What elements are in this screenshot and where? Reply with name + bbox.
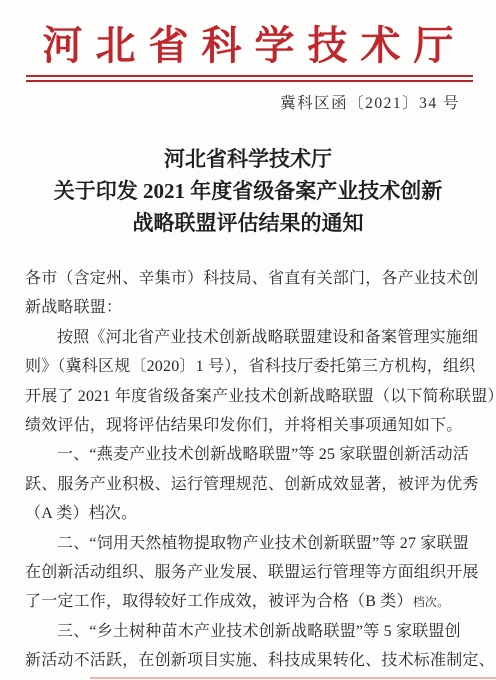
body-line: 绩效评估，现将评估结果印发你们，并将相关事项通知如下。 xyxy=(25,411,473,440)
body-line-text: 各市（含定州、辛集市）科技局、省直有关部门，各产业技术创 xyxy=(25,270,479,287)
notice-body: 各市（含定州、辛集市）科技局、省直有关部门，各产业技术创 新战略联盟： 按照《河… xyxy=(25,264,473,675)
body-line: 则》（冀科区规〔2020〕1 号），省科技厅委托第三方机构，组织 xyxy=(25,352,473,381)
body-line: 开展了 2021 年度省级备案产业技术创新战略联盟（以下简称联盟） xyxy=(25,382,473,411)
body-line: 跃、服务产业积极、运行管理规范、创新成效显著，被评为优秀 xyxy=(25,470,473,499)
body-line: 二、“饲用天然植物提取物产业技术创新联盟”等 27 家联盟 xyxy=(25,529,473,558)
body-line: 新战略联盟： xyxy=(25,293,473,322)
notice-title-line-1: 河北省科学技术厅 xyxy=(0,143,496,175)
body-line-small-text: 档次。 xyxy=(413,595,450,609)
notice-title-line-3: 战略联盟评估结果的通知 xyxy=(0,207,496,239)
body-line-text: 新战略联盟： xyxy=(25,299,122,316)
document-page: 河北省科学技术厅 冀科区函〔2021〕34 号 河北省科学技术厅 关于印发 20… xyxy=(0,0,496,680)
body-line: 在创新活动组织、服务产业发展、联盟运行管理等方面组织开展 xyxy=(25,558,473,587)
notice-title-line-2: 关于印发 2021 年度省级备案产业技术创新 xyxy=(0,175,496,207)
letterhead-agency-name: 河北省科学技术厅 xyxy=(0,14,496,71)
body-line-text: （A 类）档次。 xyxy=(25,505,137,522)
body-line-text: 跃、服务产业积极、运行管理规范、创新成效显著，被评为优秀 xyxy=(25,476,479,493)
body-line-text: 则》（冀科区规〔2020〕1 号），省科技厅委托第三方机构，组织 xyxy=(25,358,475,375)
body-line: 了一定工作，取得较好工作成效，被评为合格（B 类）档次。 xyxy=(25,587,473,616)
body-line: 按照《河北省产业技术创新战略联盟建设和备案管理实施细 xyxy=(25,323,473,352)
body-line-text: 按照《河北省产业技术创新战略联盟建设和备案管理实施细 xyxy=(57,329,478,346)
body-line-text: 一、“燕麦产业技术创新战略联盟”等 25 家联盟创新活动活 xyxy=(57,446,469,463)
body-line-text: 三、“乡土树种苗木产业技术创新战略联盟”等 5 家联盟创 xyxy=(57,623,461,640)
body-line-text: 绩效评估，现将评估结果印发你们，并将相关事项通知如下。 xyxy=(25,417,462,434)
body-line: 三、“乡土树种苗木产业技术创新战略联盟”等 5 家联盟创 xyxy=(25,617,473,646)
body-line: 新活动不活跃，在创新项目实施、科技成果转化、技术标准制定、 xyxy=(25,646,473,675)
body-line-text: 了一定工作，取得较好工作成效，被评为合格（B 类） xyxy=(25,593,413,610)
body-line-text: 新活动不活跃，在创新项目实施、科技成果转化、技术标准制定、 xyxy=(25,652,495,669)
body-line: 一、“燕麦产业技术创新战略联盟”等 25 家联盟创新活动活 xyxy=(25,440,473,469)
document-reference-number: 冀科区函〔2021〕34 号 xyxy=(280,91,460,113)
notice-title: 河北省科学技术厅 关于印发 2021 年度省级备案产业技术创新 战略联盟评估结果… xyxy=(0,143,496,239)
body-line: （A 类）档次。 xyxy=(25,499,473,528)
body-line-text: 二、“饲用天然植物提取物产业技术创新联盟”等 27 家联盟 xyxy=(57,535,469,552)
letterhead-separator-rule xyxy=(26,75,473,82)
body-line-text: 在创新活动组织、服务产业发展、联盟运行管理等方面组织开展 xyxy=(25,564,479,581)
body-line-text: 开展了 2021 年度省级备案产业技术创新战略联盟（以下简称联盟） xyxy=(25,388,496,405)
body-line: 各市（含定州、辛集市）科技局、省直有关部门，各产业技术创 xyxy=(25,264,473,293)
scan-artifact-line xyxy=(90,677,496,679)
